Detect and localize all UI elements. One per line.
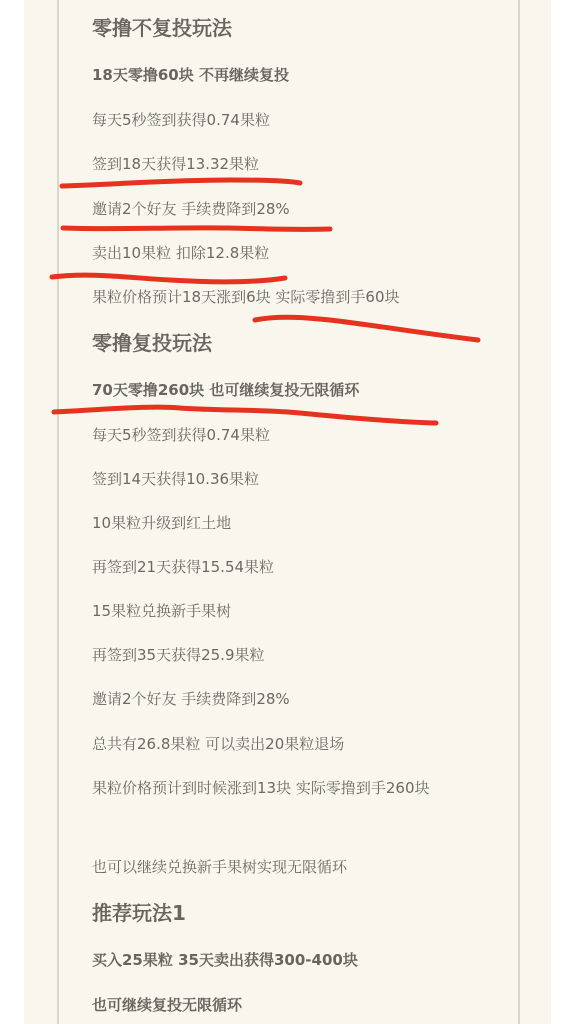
list-item: 果粒价格预计到时候涨到13块 实际零撸到手260块 xyxy=(92,771,492,805)
list-item: 签到18天获得13.32果粒 xyxy=(92,154,259,174)
list-item: 15果粒兑换新手果树 xyxy=(92,601,231,621)
section-title-no-reinvest: 零撸不复投玩法 xyxy=(92,15,232,41)
list-item: 每天5秒签到获得0.74果粒 xyxy=(92,110,270,130)
list-item: 也可继续复投无限循环 xyxy=(92,995,242,1015)
list-item: 10果粒升级到红土地 xyxy=(92,513,231,533)
list-item: 邀请2个好友 手续费降到28% xyxy=(92,199,290,219)
list-item: 再签到35天获得25.9果粒 xyxy=(92,645,265,665)
list-item: 每天5秒签到获得0.74果粒 xyxy=(92,425,270,445)
list-item: 卖出10果粒 扣除12.8果粒 xyxy=(92,243,269,263)
section-lead: 买入25果粒 35天卖出获得300-400块 xyxy=(92,950,358,970)
section-lead: 18天零撸60块 不再继续复投 xyxy=(92,65,289,85)
section-title-reinvest: 零撸复投玩法 xyxy=(92,330,212,356)
section-lead: 70天零撸260块 也可继续复投无限循环 xyxy=(92,380,359,400)
list-item: 签到14天获得10.36果粒 xyxy=(92,469,259,489)
list-item: 再签到21天获得15.54果粒 xyxy=(92,557,274,577)
section-title-recommended: 推荐玩法1 xyxy=(92,900,186,926)
list-item: 总共有26.8果粒 可以卖出20果粒退场 xyxy=(92,734,344,754)
list-item: 也可以继续兑换新手果树实现无限循环 xyxy=(92,857,347,877)
list-item: 邀请2个好友 手续费降到28% xyxy=(92,689,290,709)
list-item: 果粒价格预计18天涨到6块 实际零撸到手60块 xyxy=(92,287,400,307)
